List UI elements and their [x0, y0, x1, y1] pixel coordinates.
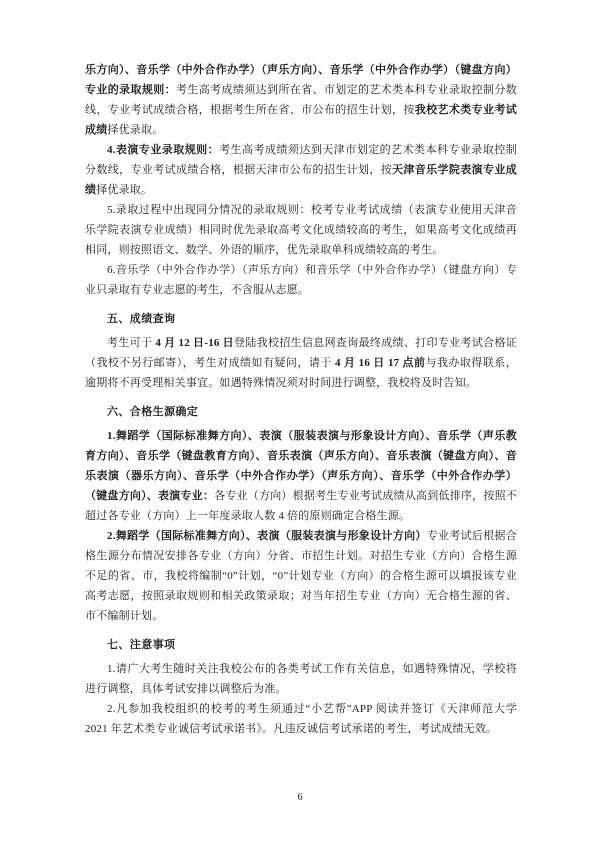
section-heading: 六、合格生源确定: [85, 402, 517, 422]
text-run-bold: 2.舞蹈学（国际标准舞方向）、表演（服装表演与形象设计方向）: [107, 530, 427, 542]
page-number: 6: [298, 792, 303, 803]
paragraph: 6.音乐学（中外合作办学）（声乐方向）和音乐学（中外合作办学）（键盘方向）专业只…: [85, 260, 517, 300]
paragraph: 乐方向）、音乐学（中外合作办学）（声乐方向）、音乐学（中外合作办学）（键盘方向）…: [85, 60, 517, 140]
paragraph: 5.录取过程中出现同分情况的录取规则：校考专业考试成绩（表演专业使用天津音乐学院…: [85, 200, 517, 260]
paragraph: 1.请广大考生随时关注我校公布的各类考试工作有关信息，如遇特殊情况，学校将进行调…: [85, 659, 517, 699]
text-run-bold: 七、注意事项: [107, 639, 175, 651]
text-run: 专业考试后根据合格生源分布情况安排各专业（方向）分省、市招生计划。对招生专业（方…: [85, 530, 517, 622]
document-page: 乐方向）、音乐学（中外合作办学）（声乐方向）、音乐学（中外合作办学）（键盘方向）…: [0, 0, 600, 848]
document-body: 乐方向）、音乐学（中外合作办学）（声乐方向）、音乐学（中外合作办学）（键盘方向）…: [85, 60, 517, 739]
text-run-bold: 4 月 12 日-16 日: [155, 337, 234, 349]
paragraph: 2.凡参加我校组织的校考的考生须通过“小艺帮”APP 阅读并签订《天津师范大学 …: [85, 699, 517, 739]
text-run: 1.请广大考生随时关注我校公布的各类考试工作有关信息，如遇特殊情况，学校将进行调…: [85, 663, 517, 695]
text-run: 考生可于: [107, 337, 155, 349]
text-run-bold: 4 月 16 日 17 点前: [335, 357, 425, 369]
paragraph: 考生可于 4 月 12 日-16 日登陆我校招生信息网查询最终成绩、打印专业考试…: [85, 333, 517, 393]
page-footer: 6: [0, 792, 600, 803]
text-run-bold: 4.表演专业录取规则：: [107, 144, 219, 156]
section-heading: 七、注意事项: [85, 635, 517, 655]
text-run-bold: 五、成绩查询: [107, 313, 175, 325]
text-run-bold: 六、合格生源确定: [107, 406, 198, 418]
text-run: 择优录取。: [107, 124, 163, 136]
text-run: 6.音乐学（中外合作办学）（声乐方向）和音乐学（中外合作办学）（键盘方向）专业只…: [85, 264, 517, 296]
paragraph: 4.表演专业录取规则：考生高考成绩须达到天津市划定的艺术类本科专业录取控制分数线…: [85, 140, 517, 200]
text-run: 择优录取。: [96, 184, 152, 196]
section-heading: 五、成绩查询: [85, 309, 517, 329]
paragraph: 1.舞蹈学（国际标准舞方向）、表演（服装表演与形象设计方向）、音乐学（声乐教育方…: [85, 426, 517, 526]
text-run: 5.录取过程中出现同分情况的录取规则：校考专业考试成绩（表演专业使用天津音乐学院…: [85, 204, 517, 256]
text-run: 2.凡参加我校组织的校考的考生须通过“小艺帮”APP 阅读并签订《天津师范大学 …: [85, 703, 517, 735]
paragraph: 2.舞蹈学（国际标准舞方向）、表演（服装表演与形象设计方向）专业考试后根据合格生…: [85, 526, 517, 626]
